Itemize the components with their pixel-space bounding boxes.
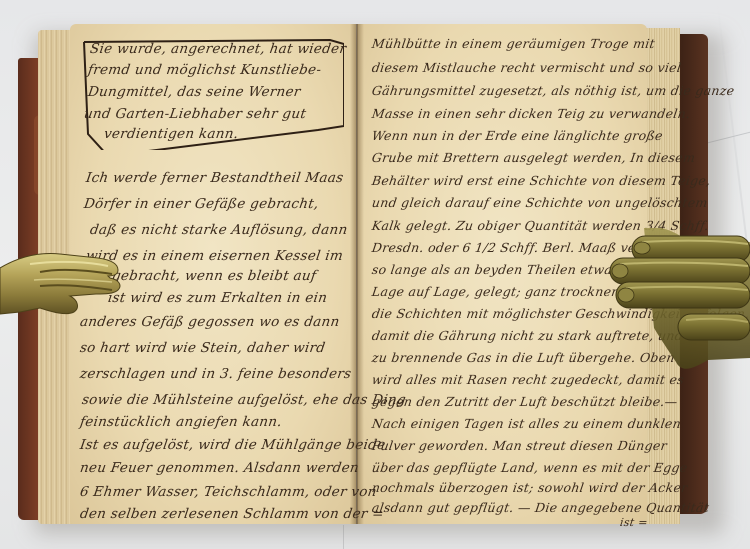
manuscript-line: Behälter wird erst eine Schichte von die… <box>371 173 712 188</box>
manuscript-line: ist wird es zum Erkalten in ein <box>107 290 328 306</box>
manuscript-line: Ist es aufgelöst, wird die Mühlgänge bei… <box>79 437 387 453</box>
manuscript-line: und gleich darauf eine Schichte von unge… <box>371 195 709 210</box>
manuscript-line: Masse in einen sehr dicken Teig zu verwa… <box>371 106 691 121</box>
manuscript-line: den selben zerlesenen Schlamm von der = <box>79 506 385 522</box>
manuscript-line: diesem Mistlauche recht vermischt und so… <box>371 60 682 75</box>
manuscript-line: 6 Ehmer Wasser, Teichschlamm, oder von <box>79 484 378 500</box>
boxed-note-line: und Garten-Liebhaber sehr gut <box>83 106 307 122</box>
manuscript-line: ist = <box>619 516 649 529</box>
boxed-note-line: fremd und möglichst Kunstliebe- <box>87 62 322 78</box>
brass-hand-clamp-left <box>0 242 125 324</box>
manuscript-line: Grube mit Brettern ausgelegt werden, In … <box>371 150 696 165</box>
manuscript-line: Gährungsmittel zugesetzt, als nöthig ist… <box>371 83 736 98</box>
brass-hand-clamp-right <box>598 228 750 378</box>
manuscript-line: Nach einigen Tagen ist alles zu einem du… <box>371 416 682 431</box>
manuscript-line: Ich werde ferner Bestandtheil Maas <box>85 170 345 186</box>
boxed-note-line: verdientigen kann. <box>103 126 240 142</box>
manuscript-line: Wenn nun in der Erde eine länglichte gro… <box>371 128 664 143</box>
manuscript-line: so hart wird wie Stein, daher wird <box>79 340 326 356</box>
manuscript-line: sowie die Mühlsteine aufgelöst, ehe das … <box>81 392 407 408</box>
manuscript-line: Dörfer in einer Gefäße gebracht, <box>83 196 320 212</box>
manuscript-line: zerschlagen und in 3. feine besonders <box>79 366 353 382</box>
manuscript-line: nochmals überzogen ist; sowohl wird der … <box>371 480 689 495</box>
manuscript-line: Mühlbütte in einem geräumigen Troge mit <box>371 36 656 51</box>
boxed-note: Sie wurde, angerechnet, hat wieder fremd… <box>82 38 344 150</box>
manuscript-line: über das gepflügte Land, wenn es mit der… <box>371 460 689 475</box>
manuscript-line: gebracht, wenn es bleibt auf <box>111 268 317 284</box>
manuscript-line: gegen den Zutritt der Luft beschützt ble… <box>371 394 679 409</box>
manuscript-line: neu Feuer genommen. Alsdann werden <box>79 460 360 476</box>
manuscript-line: feinstücklich angiefen kann. <box>79 414 283 430</box>
boxed-note-line: Sie wurde, angerechnet, hat wieder <box>89 41 347 57</box>
manuscript-line: daß es nicht starke Auflösung, dann <box>89 222 349 238</box>
manuscript-line: alsdann gut gepflügt. — Die angegebene Q… <box>371 500 710 515</box>
manuscript-line: Pulver geworden. Man streut diesen Dünge… <box>371 438 668 453</box>
boxed-note-line: Dungmittel, das seine Werner <box>87 84 302 100</box>
